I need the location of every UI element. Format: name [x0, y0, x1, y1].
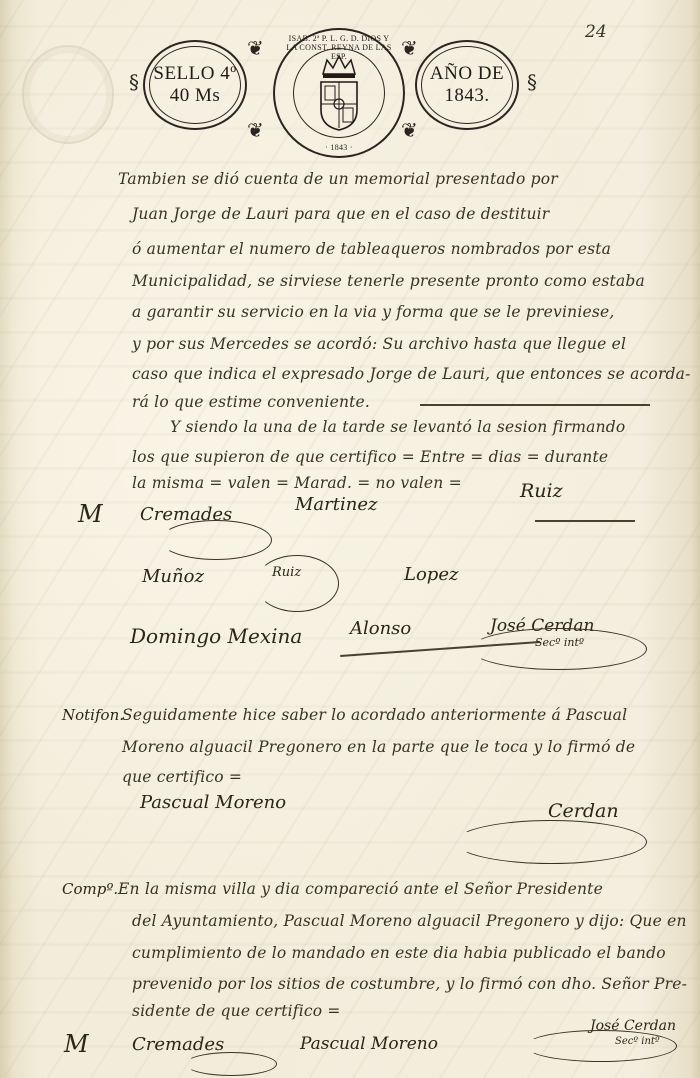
- stamp-value-cartouche: SELLO 4º 40 Ms: [143, 40, 247, 130]
- text-line: Juan Jorge de Lauri para que en el caso …: [132, 205, 549, 223]
- stamp-class: SELLO 4º: [153, 63, 236, 85]
- folio-number: 24: [585, 22, 607, 42]
- signature-flourish: [525, 1030, 677, 1062]
- crowned-coat-of-arms-icon: [315, 52, 363, 134]
- margin-note-notification: Notifon.: [62, 706, 124, 724]
- seal-legend-top: ISAB. 2ª P. L. G. D. DIOS Y LA CONST. RE…: [285, 34, 393, 61]
- scroll-ornament-icon: §: [527, 70, 537, 94]
- signature-martinez: Martinez: [295, 494, 378, 515]
- signature-flourish: [160, 520, 272, 560]
- text-line: prevenido por los sitios de costumbre, y…: [132, 975, 687, 993]
- text-line: Tambien se dió cuenta de un memorial pre…: [118, 170, 558, 188]
- scroll-ornament-icon: ❦: [247, 36, 264, 60]
- manuscript-page: 24 § SELLO 4º 40 Ms ❦ ❦ ISAB. 2ª P. L. G…: [0, 0, 700, 1078]
- signature-lopez: Lopez: [404, 564, 458, 585]
- royal-seal: ISAB. 2ª P. L. G. D. DIOS Y LA CONST. RE…: [273, 28, 405, 158]
- signature-cremades: Cremades: [132, 1034, 224, 1055]
- signature-pascual-moreno: Pascual Moreno: [140, 792, 286, 813]
- text-line: a garantir su servicio en la via y forma…: [132, 303, 615, 321]
- text-line: los que supieron de que certifico = Entr…: [132, 448, 608, 466]
- signature-cerdan: Cerdan: [548, 800, 619, 822]
- text-line: Seguidamente hice saber lo acordado ante…: [122, 706, 627, 724]
- text-line: Moreno alguacil Pregonero en la parte qu…: [122, 738, 635, 756]
- text-line: Y siendo la una de la tarde se levantó l…: [170, 418, 625, 436]
- stamp-price: 40 Ms: [170, 85, 221, 107]
- signature-ruiz: Ruiz: [520, 480, 563, 502]
- margin-note-appearance: Compº.: [62, 880, 118, 898]
- text-line: ó aumentar el numero de tableaqueros nom…: [132, 240, 611, 258]
- signature-ruiz-2: Ruiz: [272, 565, 301, 580]
- scroll-ornament-icon: ❦: [401, 36, 418, 60]
- text-line: caso que indica el expresado Jorge de La…: [132, 365, 691, 383]
- scroll-ornament-icon: §: [129, 70, 139, 94]
- text-line: En la misma villa y dia compareció ante …: [118, 880, 603, 898]
- signature-munoz: Muñoz: [142, 566, 204, 587]
- stamp-header: § SELLO 4º 40 Ms ❦ ❦ ISAB. 2ª P. L. G. D…: [135, 26, 545, 156]
- stamp-year-label: AÑO DE: [430, 63, 504, 85]
- signature-flourish: [535, 520, 635, 522]
- signature-flourish: [455, 820, 647, 864]
- text-line: y por sus Mercedes se acordó: Su archivo…: [132, 335, 626, 353]
- margin-mark: M: [64, 1030, 89, 1058]
- stamp-year-cartouche: AÑO DE 1843.: [415, 40, 519, 130]
- seal-legend-year: · 1843 ·: [285, 143, 393, 152]
- signature-domingo-mexina: Domingo Mexina: [130, 624, 302, 648]
- text-line: cumplimiento de lo mandado en este dia h…: [132, 944, 666, 962]
- margin-mark: M: [78, 500, 103, 528]
- signature-pascual-moreno: Pascual Moreno: [300, 1034, 438, 1054]
- text-line: sidente de que certifico =: [132, 1002, 341, 1020]
- stamp-year: 1843.: [444, 85, 489, 107]
- scroll-ornament-icon: ❦: [401, 118, 418, 142]
- text-line: que certifico =: [122, 768, 242, 786]
- scroll-ornament-icon: ❦: [247, 118, 264, 142]
- text-line: rá lo que estime conveniente.: [132, 393, 370, 411]
- text-line: Municipalidad, se sirviese tenerle prese…: [132, 272, 645, 290]
- signature-flourish: [470, 628, 647, 670]
- embossed-dry-seal-icon: [22, 45, 114, 144]
- closing-rule: [420, 404, 650, 406]
- signature-flourish: [185, 1052, 277, 1076]
- signature-flourish: [255, 555, 339, 612]
- signature-alonso: Alonso: [350, 618, 411, 639]
- text-line: del Ayuntamiento, Pascual Moreno alguaci…: [132, 912, 687, 930]
- text-line: la misma = valen = Marad. = no valen =: [132, 474, 462, 492]
